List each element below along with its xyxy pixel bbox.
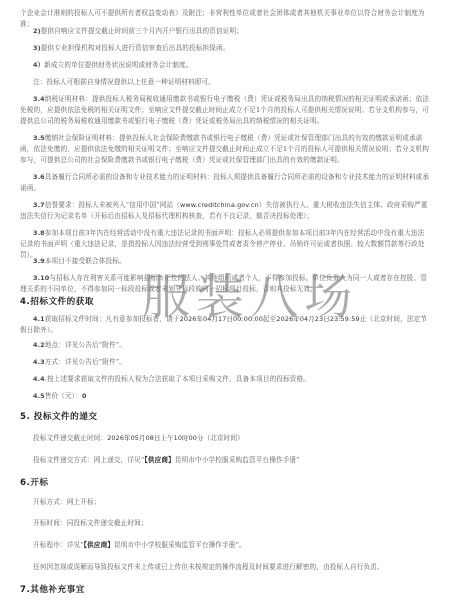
price-value: 0 — [82, 392, 87, 400]
item-number: 4） — [33, 61, 44, 69]
paragraph-3-5-social-insurance: 3.5缴纳社会保险证明材料：提供投标人社会保险费缴款书或银行电子缴税（费）凭证或… — [20, 133, 430, 166]
paragraph-label: 投标文件递交截止时间： — [33, 434, 107, 442]
paragraph-responsibility: 任何因忽视或误解而导致投标文件未上传或已上传但未按规定的操作流程及时间要求进行解… — [20, 562, 430, 573]
paragraph-text: 地点：详见公告后“附件”。 — [45, 341, 126, 349]
paragraph-text: 开标时间：同投标文件递交截止时间； — [33, 519, 148, 527]
paragraph-label: 开标程序：详见“ — [33, 541, 84, 549]
item-number: 4.2 — [33, 341, 45, 349]
start-datetime: 2026年04月17日00:00:00 — [180, 315, 263, 323]
item-number: 4.5 — [33, 392, 45, 400]
paragraph-text: 昆明市中小学校服采购监管平台操作手册”。 — [114, 541, 246, 549]
paragraph-text: 注：投标人可根据自身情况提供以上任意一种证明材料即可。 — [33, 78, 215, 86]
paragraph-3-4-tax: 3.4纳税证明材料：提供投标人税务局税收通用缴款书或银行电子缴税（费）凭证或税务… — [20, 94, 430, 127]
section-number: 4. — [20, 297, 30, 307]
section-5-heading: 5. 投标文件的递交 — [20, 410, 97, 422]
section-title: 投标文件的递交 — [34, 412, 98, 422]
section-number: 7. — [20, 585, 30, 595]
paragraph-4-4-qualification: 4.4.按上述要求获取文件的投标人视为合法获取了本项目采购文件，具备本项目的投标… — [20, 374, 430, 385]
paragraph-text: 提供自响应文件提交截止时间前三个月内开户银行出具的资信证明； — [41, 27, 243, 35]
deadline-value: 2026年05月08日上午10时00分 — [107, 434, 203, 442]
paragraph-text: 与招标人存在利害关系可能影响招标公正性的法人、其他组织或者个人，不得参加投标。单… — [20, 274, 427, 293]
item-number: 3) — [33, 44, 41, 52]
supplier-tag: 【供应商】 — [84, 541, 114, 549]
creditchina-link[interactable]: www.creditchina.gov.cn — [180, 201, 259, 209]
section-7-heading: 7.其他补充事宜 — [20, 583, 85, 595]
item-number: 4.4 — [33, 375, 45, 383]
paragraph-3-7-credit: 3.7信誉要求：投标人未被列入“信用中国”网站（www.creditchina.… — [20, 200, 430, 222]
item-number: 2) — [33, 27, 41, 35]
paragraph-text: 本项目不接受联合体投标。 — [45, 257, 126, 265]
item-number: 3.4 — [33, 95, 45, 103]
paragraph-text: 获取招标文件时间：凡有意参加投标者，请于 — [45, 315, 180, 323]
paragraph-4-1-time: 4.1获取招标文件时间：凡有意参加投标者，请于2026年04月17日00:00:… — [20, 314, 430, 336]
paragraph-submission-method: 投标文件递交方式：网上递交，详见“【供应商】昆明市中小学校服采购监管平台操作手册… — [20, 455, 430, 466]
section-title: 其他补充事宜 — [30, 585, 85, 595]
paragraph-4-2-location: 4.2地点：详见公告后“附件”。 — [20, 340, 430, 351]
paragraph-text: 纳税证明材料：提供投标人税务局税收通用缴款书或银行电子缴税（费）凭证或税务局出具… — [20, 95, 429, 125]
item-number: 3.10 — [33, 274, 49, 282]
paragraph-text: 昆明市中小学校服采购监管平台操作手册” — [175, 456, 300, 464]
section-6-heading: 6.开标 — [20, 476, 48, 488]
item-number: 4.3 — [33, 358, 45, 366]
paragraph-4-3-method: 4.3方式：详见公告后“附件”。 — [20, 357, 430, 368]
paragraph-text: 方式：详见公告后“附件”。 — [45, 358, 126, 366]
item-number: 3.8 — [33, 229, 45, 237]
paragraph-3-6-equipment: 3.6具备履行合同所必需的设备和专业技术能力的证明材料：投标人须提供具备履行合同… — [20, 172, 430, 194]
supplier-tag: 【供应商】 — [144, 456, 174, 464]
paragraph-text: 具备履行合同所必需的设备和专业技术能力的证明材料：投标人须提供具备履行合同所必需… — [20, 173, 429, 192]
paragraph-text: 提供专业担保机构对投标人进行资信审查后出具的投标担保函。 — [41, 44, 230, 52]
paragraph-text: 起至 — [263, 315, 277, 323]
document-page: 个企业会计准则的投标人可不提供所有者权益变动表）及附注；非营利性单位或者社会团体… — [0, 0, 450, 600]
item-number: 3.7 — [33, 201, 45, 209]
paragraph-submission-deadline: 投标文件递交截止时间：2026年05月08日上午10时00分（北京时间） — [20, 433, 430, 444]
paragraph-text: 缴纳社会保险证明材料：提供投标人社会保险费缴款书或银行电子缴税（费）凭证或社保管… — [20, 134, 429, 164]
section-title: 开标 — [30, 478, 48, 488]
paragraph-3-9-no-consortium: 3.9本项目不接受联合体投标。 — [20, 256, 430, 267]
section-number: 5. — [20, 412, 30, 422]
paragraph-opening-method: 开标方式：网上开标； — [20, 497, 430, 508]
paragraph-4-new-unit: 4）新成立的单位提供财务状况说明或财务会计制度。 — [20, 60, 430, 71]
paragraph-4-5-price: 4.5售价（元）：0 — [20, 391, 430, 402]
section-number: 6. — [20, 478, 30, 488]
paragraph-text: .按上述要求获取文件的投标人视为合法获取了本项目采购文件，具备本项目的投标资格。 — [45, 375, 310, 383]
paragraph-opening-time: 开标时间：同投标文件递交截止时间； — [20, 518, 430, 529]
paragraph-3-10-conflict: 3.10与招标人存在利害关系可能影响招标公正性的法人、其他组织或者个人，不得参加… — [20, 273, 430, 295]
end-datetime: 2026年04月23日23:59:59 — [276, 315, 359, 323]
paragraph-text: 参加本项目前3年内在经营活动中没有重大违法记录的书面声明：投标人必须提供参加本项… — [20, 229, 425, 259]
paragraph-label: 投标文件递交方式：网上递交，详见“ — [33, 456, 144, 464]
paragraph-text: 新成立的单位提供财务状况说明或财务会计制度。 — [44, 61, 192, 69]
section-title: 招标文件的获取 — [30, 297, 94, 307]
paragraph-text: 任何因忽视或误解而导致投标文件未上传或已上传但未按规定的操作流程及时间要求进行解… — [33, 563, 384, 571]
paragraph-text: 信誉要求：投标人未被列入“信用中国”网站（ — [45, 201, 180, 209]
paragraph-text: 售价（元）： — [45, 392, 82, 400]
paragraph-text: 开标方式：网上开标； — [33, 498, 100, 506]
section-4-heading: 4.招标文件的获取 — [20, 295, 94, 307]
item-number: 3.6 — [33, 173, 45, 181]
item-number: 4.1 — [33, 315, 45, 323]
paragraph-text: （北京时间） — [204, 434, 244, 442]
paragraph-opening-procedure: 开标程序：详见“【供应商】昆明市中小学校服采购监管平台操作手册”。 — [20, 540, 430, 551]
item-number: 3.9 — [33, 257, 45, 265]
paragraph-2-bank-credit: 2)提供自响应文件提交截止时间前三个月内开户银行出具的资信证明； — [20, 26, 430, 37]
paragraph-note: 注：投标人可根据自身情况提供以上任意一种证明材料即可。 — [20, 77, 430, 88]
item-number: 3.5 — [33, 134, 45, 142]
paragraph-3-guarantee: 3)提供专业担保机构对投标人进行资信审查后出具的投标担保函。 — [20, 43, 430, 54]
